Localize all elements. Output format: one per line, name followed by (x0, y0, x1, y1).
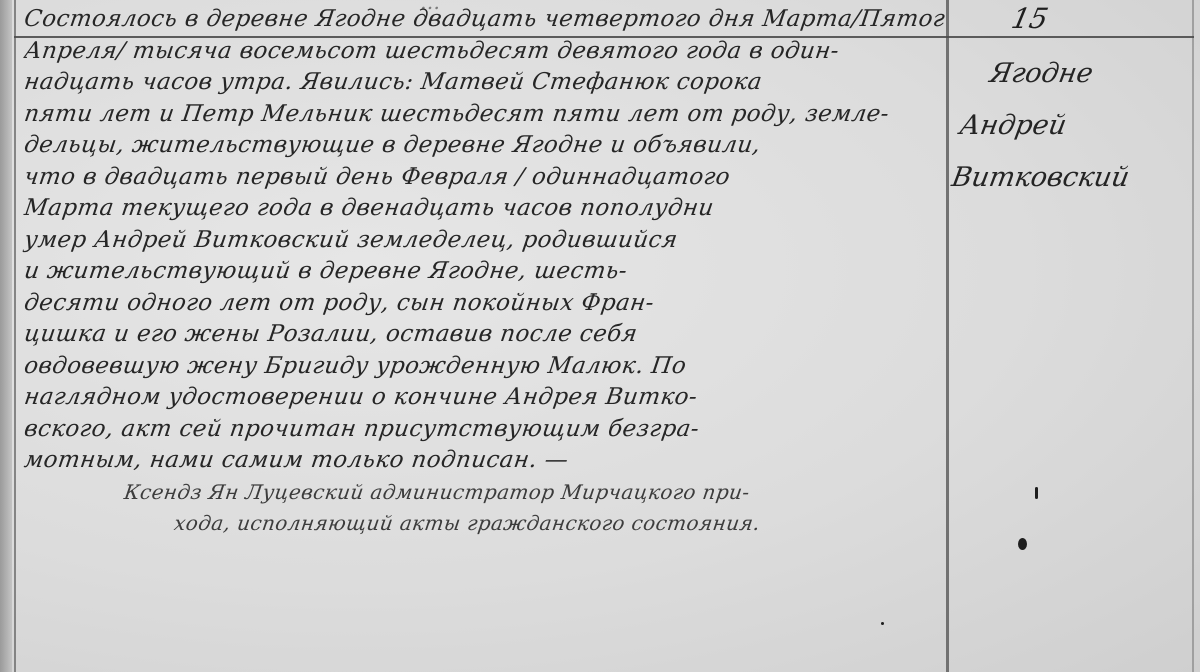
margin-surname: Витковский (947, 152, 1192, 204)
left-margin-rule (14, 0, 16, 672)
body-line: дельцы, жительствующие в деревне Ягодне … (22, 130, 946, 162)
body-line: овдовевшую жену Бригиду урожденную Малюк… (22, 351, 946, 383)
record-number: 15 (1008, 2, 1051, 35)
signature-line: Ксендз Ян Луцевский администратор Мирчац… (22, 477, 946, 509)
body-line: Состоялось в деревне Ягодне двадцать чет… (22, 4, 946, 36)
body-line: цишка и его жены Розалии, оставив после … (22, 319, 946, 351)
ink-blot (881, 622, 884, 625)
body-line: наглядном удостоверении о кончине Андрея… (22, 382, 946, 414)
margin-entry: Ягодне Андрей Витковский (952, 48, 1188, 204)
column-divider-rule (946, 0, 949, 672)
margin-village-name: Ягодне (947, 48, 1192, 100)
body-line: что в двадцать первый день Февраля / оди… (22, 162, 946, 194)
signature-line: хода, исполняющий акты гражданского сост… (22, 508, 946, 540)
body-line: и жительствующий в деревне Ягодне, шесть… (22, 256, 946, 288)
record-body: Состоялось в деревне Ягодне двадцать чет… (22, 4, 942, 540)
margin-given-name: Андрей (947, 100, 1192, 152)
body-line: Апреля/ тысяча восемьсот шестьдесят девя… (22, 36, 946, 68)
document-page: … Состоялось в деревне Ягодне двадцать ч… (0, 0, 1200, 672)
body-line: вского, акт сей прочитан присутствующим … (22, 414, 946, 446)
ink-blot (1035, 487, 1038, 499)
body-line: умер Андрей Витковский земледелец, родив… (22, 225, 946, 257)
body-line: мотным, нами самим только подписан. — (22, 445, 946, 477)
body-line: пяти лет и Петр Мельник шестьдесят пяти … (22, 99, 946, 131)
body-line: Марта текущего года в двенадцать часов п… (22, 193, 946, 225)
ink-blot (1018, 538, 1027, 550)
body-line: десяти одного лет от роду, сын покойных … (22, 288, 946, 320)
body-line: надцать часов утра. Явились: Матвей Стеф… (22, 67, 946, 99)
page-binding-edge (0, 0, 12, 672)
